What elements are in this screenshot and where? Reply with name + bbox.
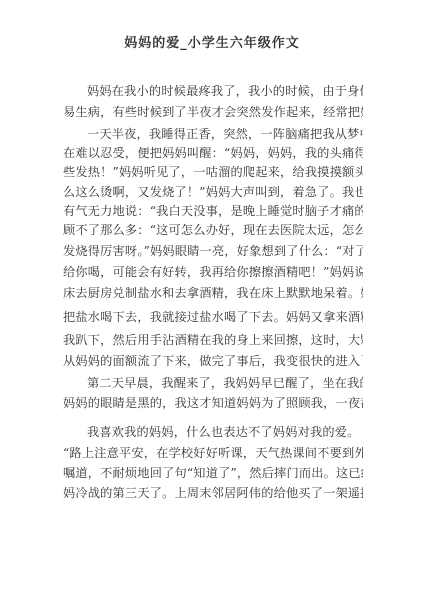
paragraph-line: “路上注意平安，在学校好好听课，天气热课间不要到外面乱跑”叮 (63, 445, 363, 461)
paragraph-line: 第二天早晨，我醒来了，我妈妈早已醒了，坐在我的身边，爽？ (87, 375, 363, 391)
document-page: 妈妈的爱_小学生六年级作文 妈妈在我小的时候最疼我了，我小的时候，由于身体不好，… (0, 0, 424, 600)
paragraph-line: 些发热！”妈妈听见了，一咕溜的爬起来，给我摸摸额头：“哎呀，怎 (63, 164, 363, 180)
document-title: 妈妈的爱_小学生六年级作文 (0, 36, 424, 52)
paragraph-line: 妈冷战的第三天了。上周末邻居阿伟的给他买了一架遥控飞机，由于 (63, 485, 363, 501)
paragraph-line: 把盐水喝下去，我就接过盐水喝了下去。妈妈又拿来酒精和碗，妈妈叫 (63, 309, 363, 325)
paragraph-line: 有气无力地说：“我白天没事，是晚上睡觉时脑子才痛的。”妈妈可 (63, 203, 363, 219)
paragraph-line: 妈妈在我小的时候最疼我了，我小的时候，由于身体不好，所以容 (87, 83, 363, 99)
paragraph-line: 床去厨房兑制盐水和去拿酒精，我在床上默默地呆着。妈妈来了，叫我 (63, 285, 363, 301)
paragraph-line: 么这么烫啊，又发烧了！”妈妈大声叫到，着急了。我也无可奈何有 (63, 184, 363, 200)
paragraph-line: 我趴下，然后用手沾酒精在我的身上来回擦，这时，大颗大颗的汗水 (63, 332, 363, 348)
paragraph-line: 发烧得厉害呀。”妈妈眼睛一亮，好象想到了什么：“对了，拿些盐水 (63, 243, 363, 259)
paragraph-line: 在难以忍受，便把妈妈叫醒：“妈妈，妈妈，我的头痛得很，身上也有 (63, 145, 363, 161)
paragraph-line: 嘱道，不耐烦地回了句“知道了”，然后摔门而出。这已经是我和妈 (63, 465, 363, 481)
paragraph-line: 给你喝，可能会有好转，我再给你擦擦酒精吧！”妈妈说干就干，起 (63, 264, 363, 280)
paragraph-line: 一天半夜，我睡得正香，突然，一阵脑痛把我从梦中痛醒了，实 (87, 126, 363, 142)
paragraph-line: 从妈妈的面额流了下来，做完了事后，我变很快的进入了梦香。 (63, 353, 363, 369)
paragraph-line: 易生病，有些时候到了半夜才会突然发作起来，经常把妈妈给吓着了。 (63, 104, 363, 120)
paragraph-line: 顾不了那么多：“这可怎么办好，现在去医院太远，怎么办呀，你呀又 (63, 222, 363, 238)
paragraph-line: 我喜欢我的妈妈，什么也表达不了妈妈对我的爱。 (87, 424, 363, 440)
paragraph-line: 妈妈的眼睛是黑的，我这才知道妈妈为了照顾我，一夜都没合眼。 (63, 395, 363, 411)
